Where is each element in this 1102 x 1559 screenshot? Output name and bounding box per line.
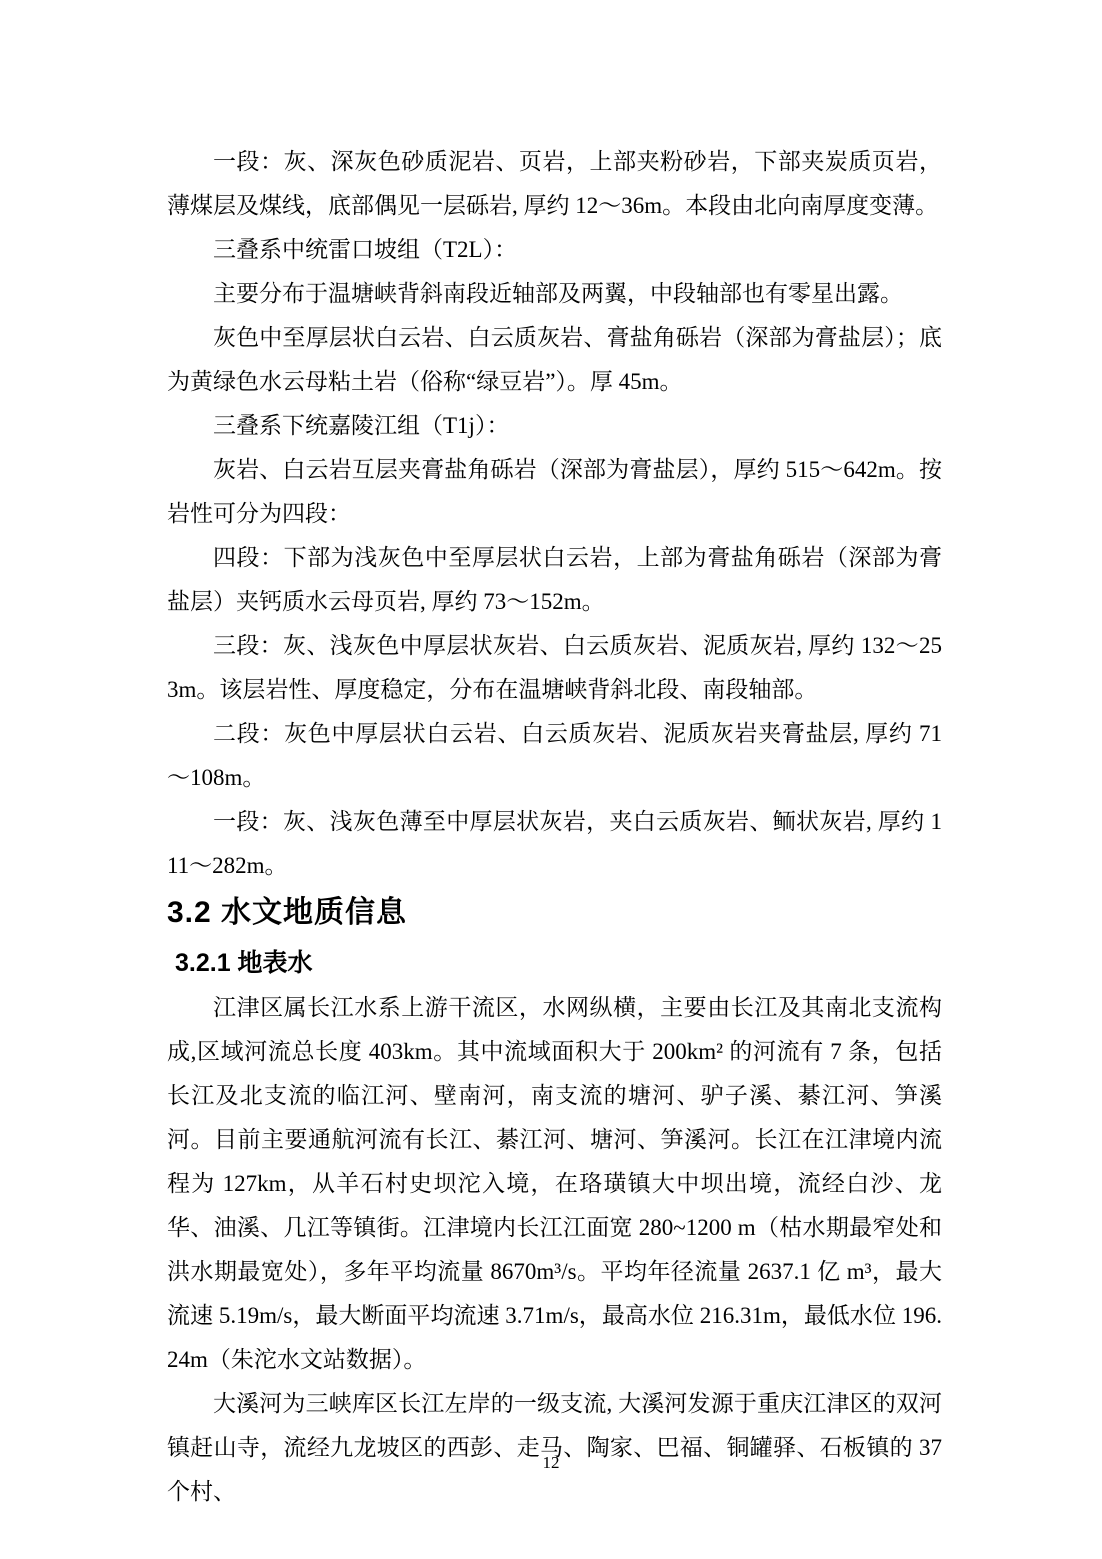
paragraph-geology-6: 灰岩、白云岩互层夹膏盐角砾岩（深部为膏盐层），厚约 515～642m。按岩性可分… — [167, 448, 942, 536]
page-number: 12 — [0, 1452, 1102, 1474]
paragraph-geology-3: 主要分布于温塘峡背斜南段近轴部及两翼，中段轴部也有零星出露。 — [167, 272, 942, 316]
paragraph-geology-8: 三段：灰、浅灰色中厚层状灰岩、白云质灰岩、泥质灰岩, 厚约 132～253m。该… — [167, 624, 942, 712]
paragraph-geology-10: 一段：灰、浅灰色薄至中厚层状灰岩，夹白云质灰岩、鲕状灰岩, 厚约 111～282… — [167, 800, 942, 888]
document-page: 一段：灰、深灰色砂质泥岩、页岩，上部夹粉砂岩，下部夹炭质页岩，薄煤层及煤线，底部… — [0, 0, 1102, 1559]
section-heading-3-2: 3.2 水文地质信息 — [167, 888, 942, 938]
paragraph-geology-1: 一段：灰、深灰色砂质泥岩、页岩，上部夹粉砂岩，下部夹炭质页岩，薄煤层及煤线，底部… — [167, 140, 942, 228]
paragraph-surface-water-2: 大溪河为三峡库区长江左岸的一级支流, 大溪河发源于重庆江津区的双河镇赶山寺，流经… — [167, 1382, 942, 1514]
paragraph-geology-5: 三叠系下统嘉陵江组（T1j）： — [167, 404, 942, 448]
paragraph-geology-9: 二段：灰色中厚层状白云岩、白云质灰岩、泥质灰岩夹膏盐层, 厚约 71～108m。 — [167, 712, 942, 800]
page-content: 一段：灰、深灰色砂质泥岩、页岩，上部夹粉砂岩，下部夹炭质页岩，薄煤层及煤线，底部… — [167, 140, 942, 1514]
subsection-heading-3-2-1: 3.2.1 地表水 — [167, 940, 942, 986]
paragraph-surface-water-1: 江津区属长江水系上游干流区，水网纵横，主要由长江及其南北支流构成,区域河流总长度… — [167, 986, 942, 1382]
paragraph-geology-4: 灰色中至厚层状白云岩、白云质灰岩、膏盐角砾岩（深部为膏盐层）；底为黄绿色水云母粘… — [167, 316, 942, 404]
paragraph-geology-7: 四段：下部为浅灰色中至厚层状白云岩，上部为膏盐角砾岩（深部为膏盐层）夹钙质水云母… — [167, 536, 942, 624]
paragraph-geology-2: 三叠系中统雷口坡组（T2L）： — [167, 228, 942, 272]
